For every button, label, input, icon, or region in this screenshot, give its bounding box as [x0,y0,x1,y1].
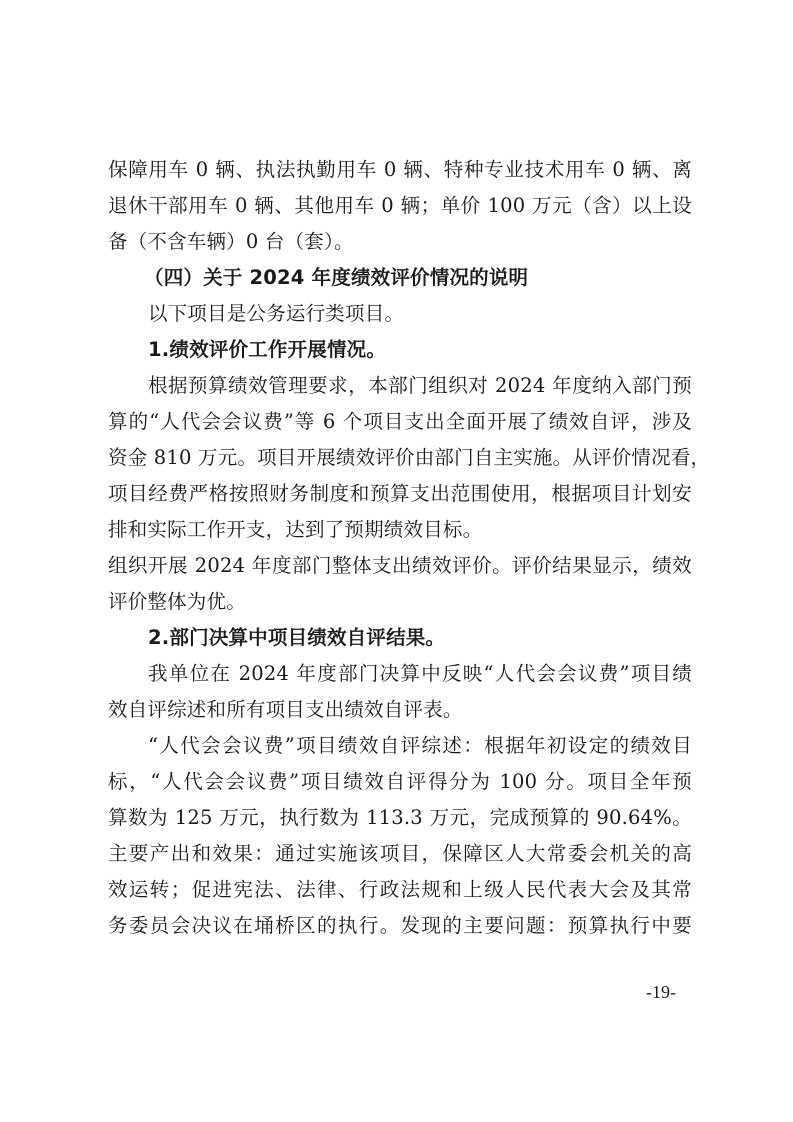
paragraph-self-evaluation-report: 我单位在 2024 年度部门决算中反映“人代会会议费”项目绩 效自评综述和所有项… [108,656,692,728]
paragraph-vehicles: 保障用车 0 辆、执法执勤用车 0 辆、特种专业技术用车 0 辆、离 退休干部用… [108,152,692,260]
text-line: 项目经费严格按照财务制度和预算支出范围使用，根据项目计划安 [108,476,692,512]
paragraph-project-type: 以下项目是公务运行类项目。 [108,296,692,332]
text-line: 务委员会决议在埇桥区的执行。发现的主要问题：预算执行中要 [108,908,692,944]
paragraph-outputs-effects: 主要产出和效果：通过实施该项目，保障区人大常委会机关的高 效运转；促进宪法、法律… [108,836,692,944]
paragraph-project-summary: “人代会会议费”项目绩效自评综述：根据年初设定的绩效目 标，“人代会会议费”项目… [108,728,692,836]
page-number: -19- [646,982,676,1003]
text-line: 主要产出和效果：通过实施该项目，保障区人大常委会机关的高 [108,836,692,872]
text-line: 以下项目是公务运行类项目。 [108,296,692,332]
text-line: 保障用车 0 辆、执法执勤用车 0 辆、特种专业技术用车 0 辆、离 [108,152,692,188]
text-line: 标，“人代会会议费”项目绩效自评得分为 100 分。项目全年预 [108,764,692,800]
document-page: 保障用车 0 辆、执法执勤用车 0 辆、特种专业技术用车 0 辆、离 退休干部用… [108,152,692,944]
text-line: 组织开展 2024 年度部门整体支出绩效评价。评价结果显示，绩效 [108,548,692,584]
text-line: 退休干部用车 0 辆、其他用车 0 辆；单价 100 万元（含）以上设 [108,188,692,224]
text-line: “人代会会议费”项目绩效自评综述：根据年初设定的绩效目 [108,728,692,764]
heading-text: 1.绩效评价工作开展情况。 [108,332,692,368]
heading-text: 2.部门决算中项目绩效自评结果。 [108,620,692,656]
paragraph-evaluation-work: 根据预算绩效管理要求，本部门组织对 2024 年度纳入部门预 算的“人代会会议费… [108,368,692,548]
text-line: 评价整体为优。 [108,584,692,620]
sub-heading-evaluation-work: 1.绩效评价工作开展情况。 [108,332,692,368]
text-line: 资金 810 万元。项目开展绩效评价由部门自主实施。从评价情况看， [108,440,692,476]
paragraph-overall-evaluation: 组织开展 2024 年度部门整体支出绩效评价。评价结果显示，绩效 评价整体为优。 [108,548,692,620]
text-line: 根据预算绩效管理要求，本部门组织对 2024 年度纳入部门预 [108,368,692,404]
sub-heading-self-evaluation-results: 2.部门决算中项目绩效自评结果。 [108,620,692,656]
text-line: 效自评综述和所有项目支出绩效自评表。 [108,692,692,728]
section-heading-performance-evaluation: （四）关于 2024 年度绩效评价情况的说明 [108,260,692,296]
text-line: 效运转；促进宪法、法律、行政法规和上级人民代表大会及其常 [108,872,692,908]
heading-text: （四）关于 2024 年度绩效评价情况的说明 [108,260,692,296]
text-line: 我单位在 2024 年度部门决算中反映“人代会会议费”项目绩 [108,656,692,692]
text-line: 算数为 125 万元，执行数为 113.3 万元，完成预算的 90.64%。 [108,800,692,836]
text-line: 备（不含车辆）0 台（套）。 [108,224,692,260]
text-line: 算的“人代会会议费”等 6 个项目支出全面开展了绩效自评，涉及 [108,404,692,440]
text-line: 排和实际工作开支，达到了预期绩效目标。 [108,512,692,548]
